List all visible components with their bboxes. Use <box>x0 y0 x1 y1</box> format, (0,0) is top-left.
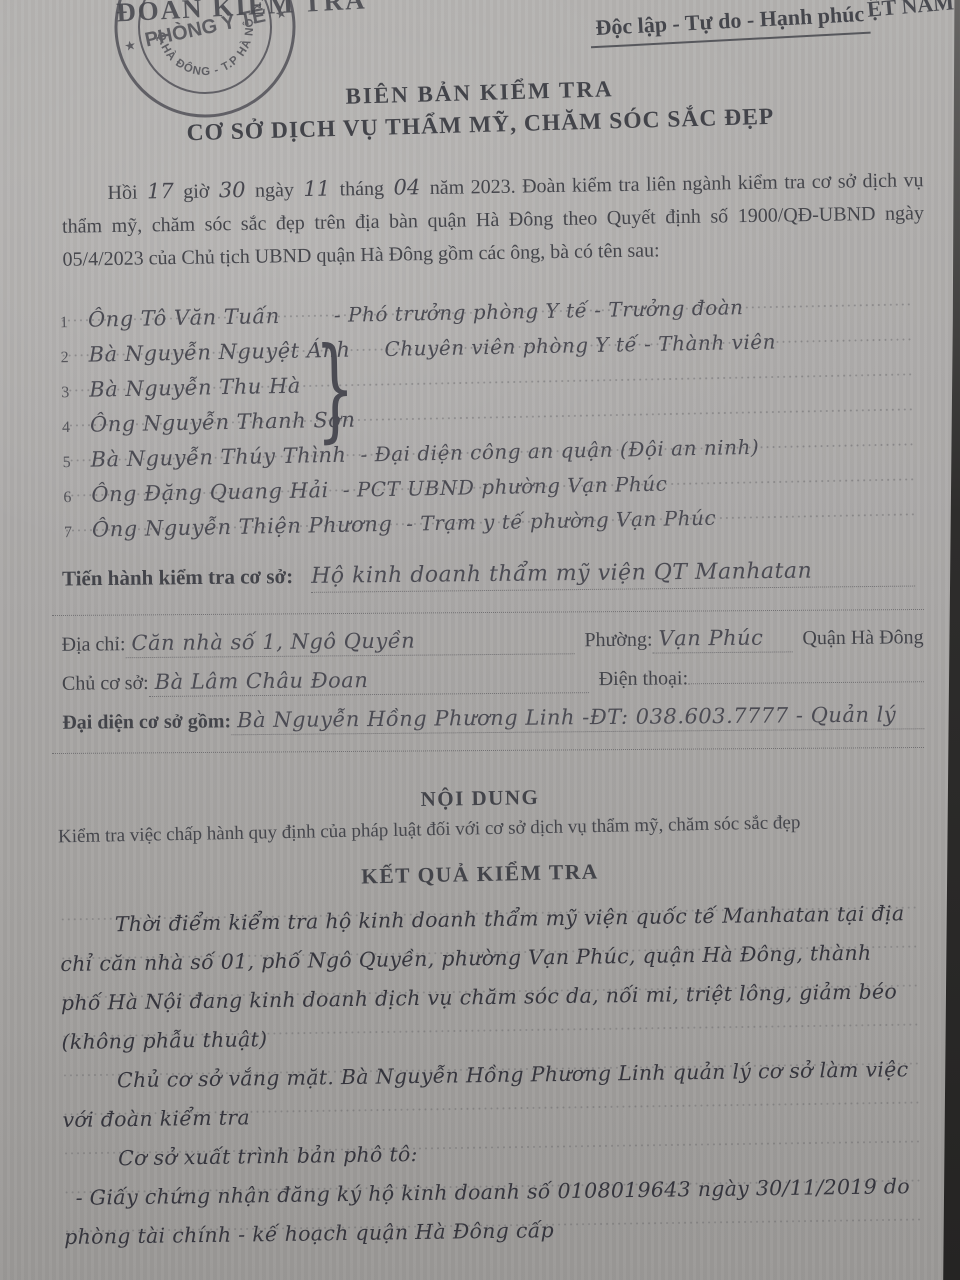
result-paragraph: Thời điểm kiểm tra hộ kinh doanh thẩm mỹ… <box>60 894 918 1062</box>
representative-row: Đại diện cơ sở gồm: Bà Nguyễn Hồng Phươn… <box>62 702 924 749</box>
member-name: Bà Nguyễn Thúy Thình <box>90 443 346 472</box>
ward-value-handwritten: Vạn Phúc <box>652 625 792 653</box>
owner-value-handwritten: Bà Lâm Châu Đoan <box>149 666 589 697</box>
member-number: 4 <box>62 419 90 438</box>
member-role: - Phó trưởng phòng Y tế - Trưởng đoàn <box>334 295 744 327</box>
member-name: Bà Nguyễn Nguyệt Ánh <box>88 338 350 367</box>
member-number: 7 <box>64 524 92 543</box>
hour-handwritten: 17 <box>144 179 177 204</box>
member-number: 2 <box>61 349 89 368</box>
member-number: 3 <box>61 384 89 403</box>
scan-edge-shadow <box>920 0 960 1280</box>
inspection-target-row: Tiến hành kiểm tra cơ sở: Hộ kinh doanh … <box>62 558 915 596</box>
inspection-team-list: 1 Ông Tô Văn Tuấn - Phó trưởng phòng Y t… <box>60 292 918 553</box>
address-value-handwritten: Căn nhà số 1, Ngô Quyền <box>125 627 574 658</box>
result-heading: KẾT QUẢ KIỂM TRA <box>0 852 960 897</box>
member-role: - Trạm y tế phường Vạn Phúc <box>406 506 716 536</box>
month-handwritten: 04 <box>390 175 423 200</box>
result-paragraph: Chủ cơ sở vắng mặt. Bà Nguyễn Hồng Phươn… <box>62 1050 919 1140</box>
phone-label: Điện thoại: <box>599 667 689 691</box>
scanned-inspection-report: PHÒNG Y TẾ ★ ★ Q.HÀ ĐÔNG - T.P HÀ NỘI ĐO… <box>0 0 960 1280</box>
member-name: Ông Nguyễn Thiện Phương <box>92 512 393 542</box>
member-name: Ông Đặng Quang Hải <box>91 478 329 507</box>
representative-label: Đại diện cơ sở gồm: <box>62 710 231 734</box>
word-gio: giờ <box>183 180 209 202</box>
word-hoi: Hồi <box>107 182 137 204</box>
address-label: Địa chỉ: <box>62 633 126 657</box>
dotted-rule <box>52 609 924 616</box>
member-name: Bà Nguyễn Thu Hà <box>89 373 321 401</box>
member-number: 1 <box>60 314 88 333</box>
stamp-star-left: ★ <box>123 37 138 54</box>
phone-value-handwritten <box>688 679 924 684</box>
target-value-handwritten: Hộ kinh doanh thẩm mỹ viện QT Manhatan <box>311 558 915 593</box>
word-ngay: ngày <box>255 179 294 202</box>
district-label: Quận Hà Đông <box>802 626 923 650</box>
member-role: - PCT UBND phường Vạn Phúc <box>342 472 667 502</box>
establishment-fields: Địa chỉ: Căn nhà số 1, Ngô Quyền Phường:… <box>62 624 925 749</box>
motto-text: Độc lập - Tự do - Hạnh phúc <box>589 1 871 49</box>
grouping-brace: } <box>314 333 355 446</box>
dotted-rule <box>52 747 924 754</box>
inspection-results-handwritten: Thời điểm kiểm tra hộ kinh doanh thẩm mỹ… <box>60 894 921 1257</box>
member-name: Ông Tô Văn Tuấn <box>88 303 320 331</box>
opening-paragraph: Hồi 17 giờ 30 ngày 11 tháng 04 năm 2023.… <box>61 163 924 277</box>
word-thang: tháng <box>339 178 384 201</box>
member-number: 5 <box>63 454 91 473</box>
member-number: 6 <box>63 489 91 508</box>
representative-value-handwritten: Bà Nguyễn Hồng Phương Linh -ĐT: 038.603.… <box>231 702 924 735</box>
target-label: Tiến hành kiểm tra cơ sở: <box>62 564 293 591</box>
minute-handwritten: 30 <box>216 178 249 203</box>
owner-label: Chủ cơ sở: <box>62 672 149 696</box>
day-handwritten: 11 <box>300 177 333 202</box>
result-paragraph: - Giấy chứng nhận đăng ký hộ kinh doanh … <box>63 1167 920 1257</box>
national-motto: Độc lập - Tự do - Hạnh phúc <box>524 0 935 52</box>
ward-label: Phường: <box>584 629 652 653</box>
